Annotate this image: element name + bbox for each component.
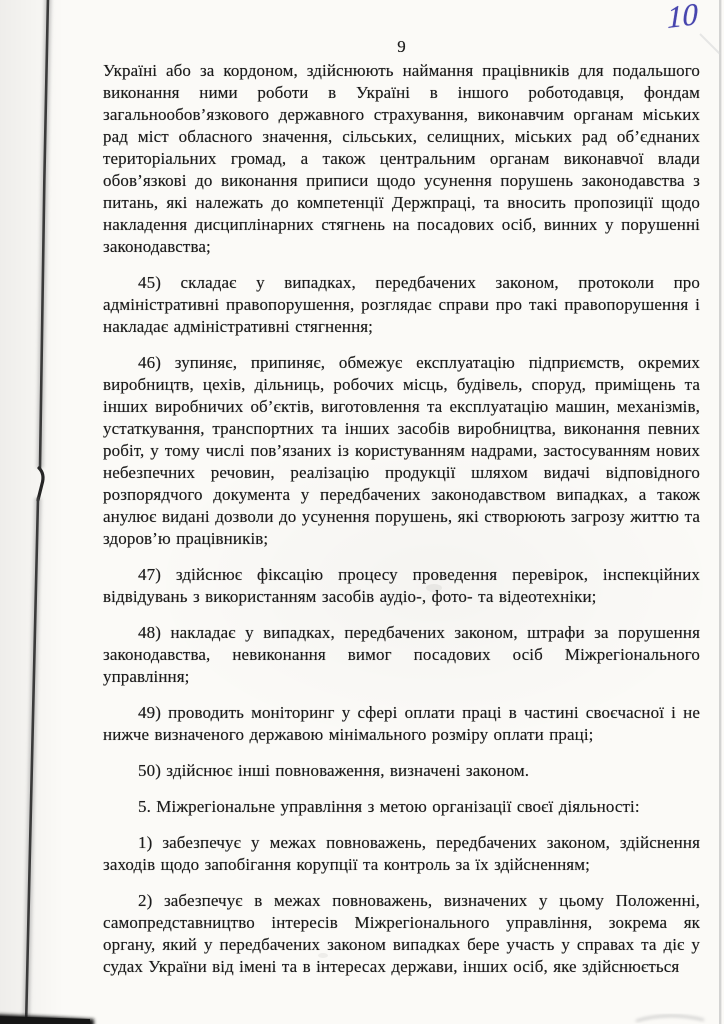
paragraph-49: 49) проводить моніторинг у сфері оплати …	[103, 702, 700, 746]
paragraph-45: 45) складає у випадках, передбачених зак…	[103, 272, 700, 338]
scan-speck	[426, 584, 442, 592]
scanned-document-page: 10 9 Україні або за кордоном, здійснюють…	[0, 0, 724, 1024]
bottom-left-edge	[0, 1014, 94, 1024]
top-right-edge-mark	[700, 34, 720, 54]
scan-speck	[318, 953, 328, 958]
paragraph-46: 46) зупиняє, припиняє, обмежує експлуата…	[103, 352, 700, 550]
paragraph-50: 50) здійснює інші повноваження, визначен…	[103, 760, 700, 782]
paragraph-continuation: Україні або за кордоном, здійснюють найм…	[103, 60, 700, 258]
section-5-item-1: 1) забезпечує у межах повноважень, перед…	[103, 832, 700, 876]
bottom-right-smudge	[636, 1016, 704, 1021]
page-fold-line	[26, 0, 48, 1024]
section-5-item-2: 2) забезпечує в межах повноважень, визна…	[103, 890, 700, 978]
handwritten-page-number: 10	[667, 0, 698, 36]
page-fold-line-core	[26, 0, 48, 1024]
paragraph-47: 47) здійснює фіксацію процесу проведення…	[103, 564, 700, 608]
page-number: 9	[103, 36, 700, 58]
document-body: 9 Україні або за кордоном, здійснюють на…	[103, 36, 700, 992]
right-page-edge	[719, 0, 721, 1024]
paragraph-48: 48) накладає у випадках, передбачених за…	[103, 622, 700, 688]
section-5-heading: 5. Міжрегіональне управління з метою орг…	[103, 796, 700, 818]
